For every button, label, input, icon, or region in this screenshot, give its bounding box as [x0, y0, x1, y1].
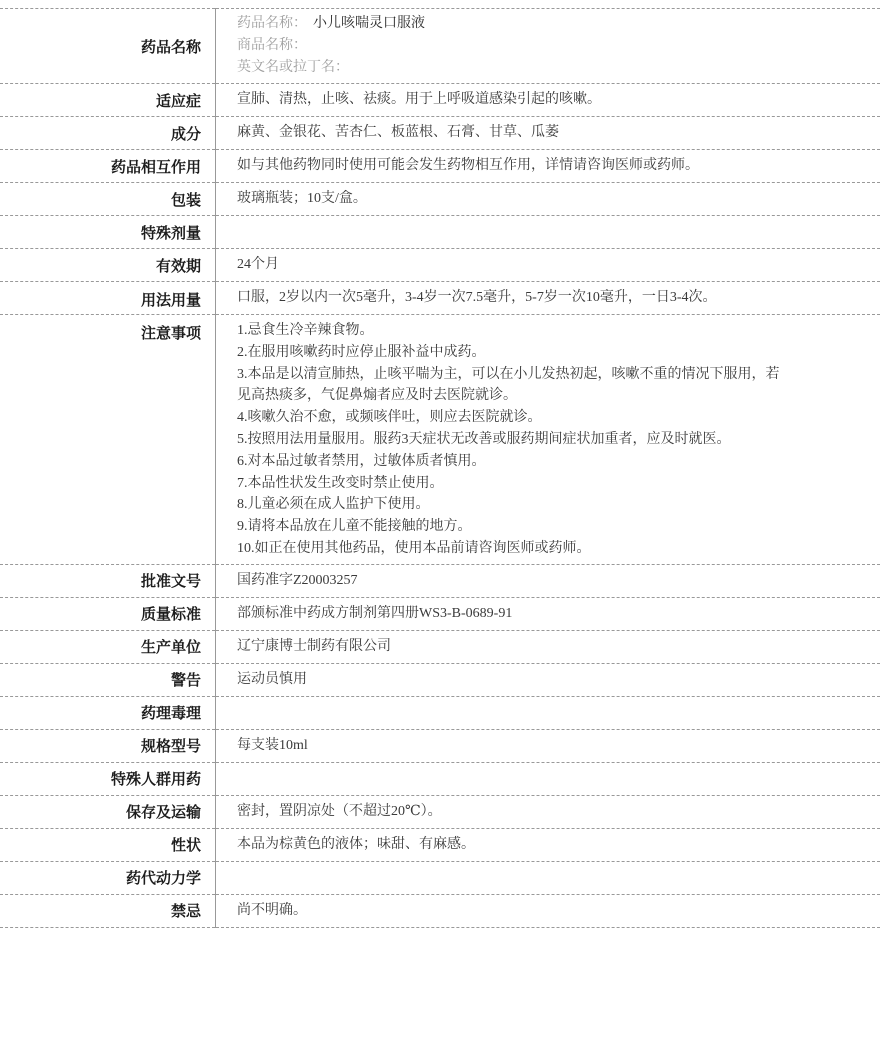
row-value-pharmacology-toxicology [216, 696, 880, 729]
table-row-drug-name: 药品名称 药品名称：小儿咳喘灵口服液 商品名称： 英文名或拉丁名： [0, 9, 880, 84]
precaution-item: 4.咳嗽久治不愈，或频咳伴吐，则应去医院就诊。 [237, 407, 780, 429]
row-label-manufacturer: 生产单位 [0, 630, 216, 663]
row-value-ingredients: 麻黄、金银花、苦杏仁、板蓝根、石膏、甘草、瓜萎 [216, 117, 880, 150]
table-row-dosage-usage: 用法用量 口服，2岁以内一次5毫升，3-4岁一次7.5毫升，5-7岁一次10毫升… [0, 282, 880, 315]
row-label-pharmacokinetics: 药代动力学 [0, 861, 216, 894]
table-row-quality-standard: 质量标准 部颁标准中药成方制剂第四册WS3-B-0689-91 [0, 597, 880, 630]
table-row-special-dosage: 特殊剂量 [0, 216, 880, 249]
table-row-contraindications: 禁忌 尚不明确。 [0, 894, 880, 927]
row-label-special-dosage: 特殊剂量 [0, 216, 216, 249]
row-value-precautions: 1.忌食生冷辛辣食物。2.在服用咳嗽药时应停止服补益中成药。3.本品是以清宣肺热… [216, 315, 880, 565]
drug-name-line: 药品名称：小儿咳喘灵口服液 [237, 13, 780, 35]
drug-info-table: 药品名称 药品名称：小儿咳喘灵口服液 商品名称： 英文名或拉丁名： 适应症 宣肺… [0, 8, 880, 928]
row-label-quality-standard: 质量标准 [0, 597, 216, 630]
row-label-warning: 警告 [0, 663, 216, 696]
latin-name-line: 英文名或拉丁名： [237, 57, 780, 79]
precaution-item: 8.儿童必须在成人监护下使用。 [237, 494, 780, 516]
row-value-shelf-life: 24个月 [216, 249, 880, 282]
precaution-item: 1.忌食生冷辛辣食物。 [237, 320, 780, 342]
table-row-character: 性状 本品为棕黄色的液体；味甜、有麻感。 [0, 828, 880, 861]
table-row-precautions: 注意事项 1.忌食生冷辛辣食物。2.在服用咳嗽药时应停止服补益中成药。3.本品是… [0, 315, 880, 565]
row-label-shelf-life: 有效期 [0, 249, 216, 282]
drug-name-value: 小儿咳喘灵口服液 [313, 16, 425, 31]
row-label-approval-number: 批准文号 [0, 564, 216, 597]
table-row-indications: 适应症 宣肺、清热，止咳、祛痰。用于上呼吸道感染引起的咳嗽。 [0, 84, 880, 117]
table-row-manufacturer: 生产单位 辽宁康博士制药有限公司 [0, 630, 880, 663]
row-value-manufacturer: 辽宁康博士制药有限公司 [216, 630, 880, 663]
precaution-item: 5.按照用法用量服用。服药3天症状无改善或服药期间症状加重者，应及时就医。 [237, 429, 780, 451]
precaution-item: 7.本品性状发生改变时禁止使用。 [237, 473, 780, 495]
precaution-item: 10.如正在使用其他药品，使用本品前请咨询医师或药师。 [237, 538, 780, 560]
row-label-drug-name: 药品名称 [0, 9, 216, 84]
field-key-trade-name: 商品名称： [237, 38, 307, 53]
precaution-item: 3.本品是以清宣肺热，止咳平喘为主，可以在小儿发热初起，咳嗽不重的情况下服用，若… [237, 364, 780, 408]
row-value-special-populations [216, 762, 880, 795]
row-value-approval-number: 国药准字Z20003257 [216, 564, 880, 597]
row-value-drug-interactions: 如与其他药物同时使用可能会发生药物相互作用，详情请咨询医师或药师。 [216, 150, 880, 183]
trade-name-line: 商品名称： [237, 35, 780, 57]
field-key-latin-name: 英文名或拉丁名： [237, 60, 349, 75]
row-value-dosage-usage: 口服，2岁以内一次5毫升，3-4岁一次7.5毫升，5-7岁一次10毫升，一日3-… [216, 282, 880, 315]
row-value-packaging: 玻璃瓶装；10支/盒。 [216, 183, 880, 216]
table-row-specification: 规格型号 每支装10ml [0, 729, 880, 762]
table-row-pharmacokinetics: 药代动力学 [0, 861, 880, 894]
precaution-item: 2.在服用咳嗽药时应停止服补益中成药。 [237, 342, 780, 364]
row-value-drug-name: 药品名称：小儿咳喘灵口服液 商品名称： 英文名或拉丁名： [216, 9, 880, 84]
row-value-contraindications: 尚不明确。 [216, 894, 880, 927]
row-label-storage-transport: 保存及运输 [0, 795, 216, 828]
table-row-packaging: 包装 玻璃瓶装；10支/盒。 [0, 183, 880, 216]
row-label-character: 性状 [0, 828, 216, 861]
field-key-drug-name: 药品名称： [237, 16, 307, 31]
row-value-specification: 每支装10ml [216, 729, 880, 762]
table-row-ingredients: 成分 麻黄、金银花、苦杏仁、板蓝根、石膏、甘草、瓜萎 [0, 117, 880, 150]
precautions-list: 1.忌食生冷辛辣食物。2.在服用咳嗽药时应停止服补益中成药。3.本品是以清宣肺热… [237, 320, 780, 560]
row-value-pharmacokinetics [216, 861, 880, 894]
row-label-precautions: 注意事项 [0, 315, 216, 565]
row-value-warning: 运动员慎用 [216, 663, 880, 696]
precaution-item: 9.请将本品放在儿童不能接触的地方。 [237, 516, 780, 538]
row-value-special-dosage [216, 216, 880, 249]
row-label-indications: 适应症 [0, 84, 216, 117]
row-label-dosage-usage: 用法用量 [0, 282, 216, 315]
table-row-approval-number: 批准文号 国药准字Z20003257 [0, 564, 880, 597]
table-row-storage-transport: 保存及运输 密封，置阴凉处（不超过20℃）。 [0, 795, 880, 828]
drug-detail-page: 药品名称 药品名称：小儿咳喘灵口服液 商品名称： 英文名或拉丁名： 适应症 宣肺… [0, 0, 880, 928]
table-row-special-populations: 特殊人群用药 [0, 762, 880, 795]
row-value-character: 本品为棕黄色的液体；味甜、有麻感。 [216, 828, 880, 861]
row-label-contraindications: 禁忌 [0, 894, 216, 927]
precaution-item: 6.对本品过敏者禁用，过敏体质者慎用。 [237, 451, 780, 473]
row-label-special-populations: 特殊人群用药 [0, 762, 216, 795]
table-row-drug-interactions: 药品相互作用 如与其他药物同时使用可能会发生药物相互作用，详情请咨询医师或药师。 [0, 150, 880, 183]
table-row-warning: 警告 运动员慎用 [0, 663, 880, 696]
table-row-pharmacology-toxicology: 药理毒理 [0, 696, 880, 729]
row-value-storage-transport: 密封，置阴凉处（不超过20℃）。 [216, 795, 880, 828]
row-value-quality-standard: 部颁标准中药成方制剂第四册WS3-B-0689-91 [216, 597, 880, 630]
row-label-drug-interactions: 药品相互作用 [0, 150, 216, 183]
table-row-shelf-life: 有效期 24个月 [0, 249, 880, 282]
row-label-specification: 规格型号 [0, 729, 216, 762]
row-label-pharmacology-toxicology: 药理毒理 [0, 696, 216, 729]
row-label-ingredients: 成分 [0, 117, 216, 150]
row-label-packaging: 包装 [0, 183, 216, 216]
row-value-indications: 宣肺、清热，止咳、祛痰。用于上呼吸道感染引起的咳嗽。 [216, 84, 880, 117]
